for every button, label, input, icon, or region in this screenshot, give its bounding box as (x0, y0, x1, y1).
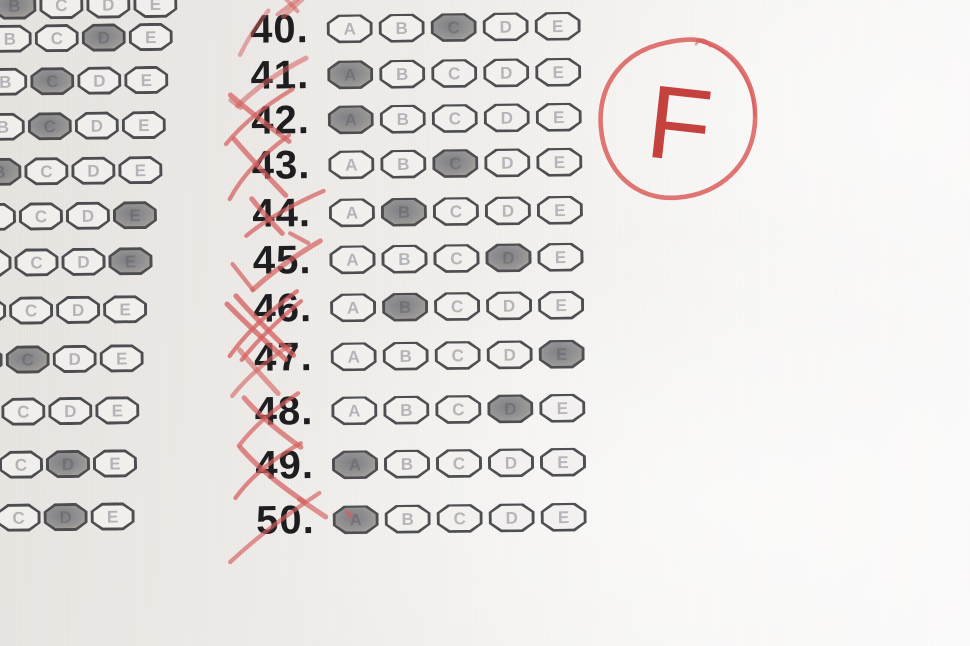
graded-answer-sheet-photo: BCDEBCDEBCDEBCDEBCDEBCDEBCDEBCDEBCDEBCDE… (0, 0, 970, 646)
wrong-answer-marks (223, 0, 351, 562)
grade-letter: F (641, 64, 717, 186)
wrong-mark-stroke (233, 264, 253, 290)
wrong-mark-stroke (239, 11, 269, 55)
answer-sheet: BCDEBCDEBCDEBCDEBCDEBCDEBCDEBCDEBCDEBCDE… (0, 0, 970, 646)
wrong-mark-stroke (230, 94, 289, 142)
wrong-mark-stroke (241, 447, 304, 502)
wrong-mark-stroke (347, 512, 351, 516)
wrong-mark-stroke (252, 241, 321, 290)
wrong-mark-stroke (290, 233, 308, 243)
wrong-mark-stroke (237, 58, 307, 106)
wrong-mark-stroke (299, 499, 325, 517)
wrong-mark-stroke (244, 397, 301, 448)
wrong-mark-stroke (234, 138, 286, 196)
grade-annotation: F (600, 39, 756, 199)
red-grading-marks: F (0, 0, 970, 646)
